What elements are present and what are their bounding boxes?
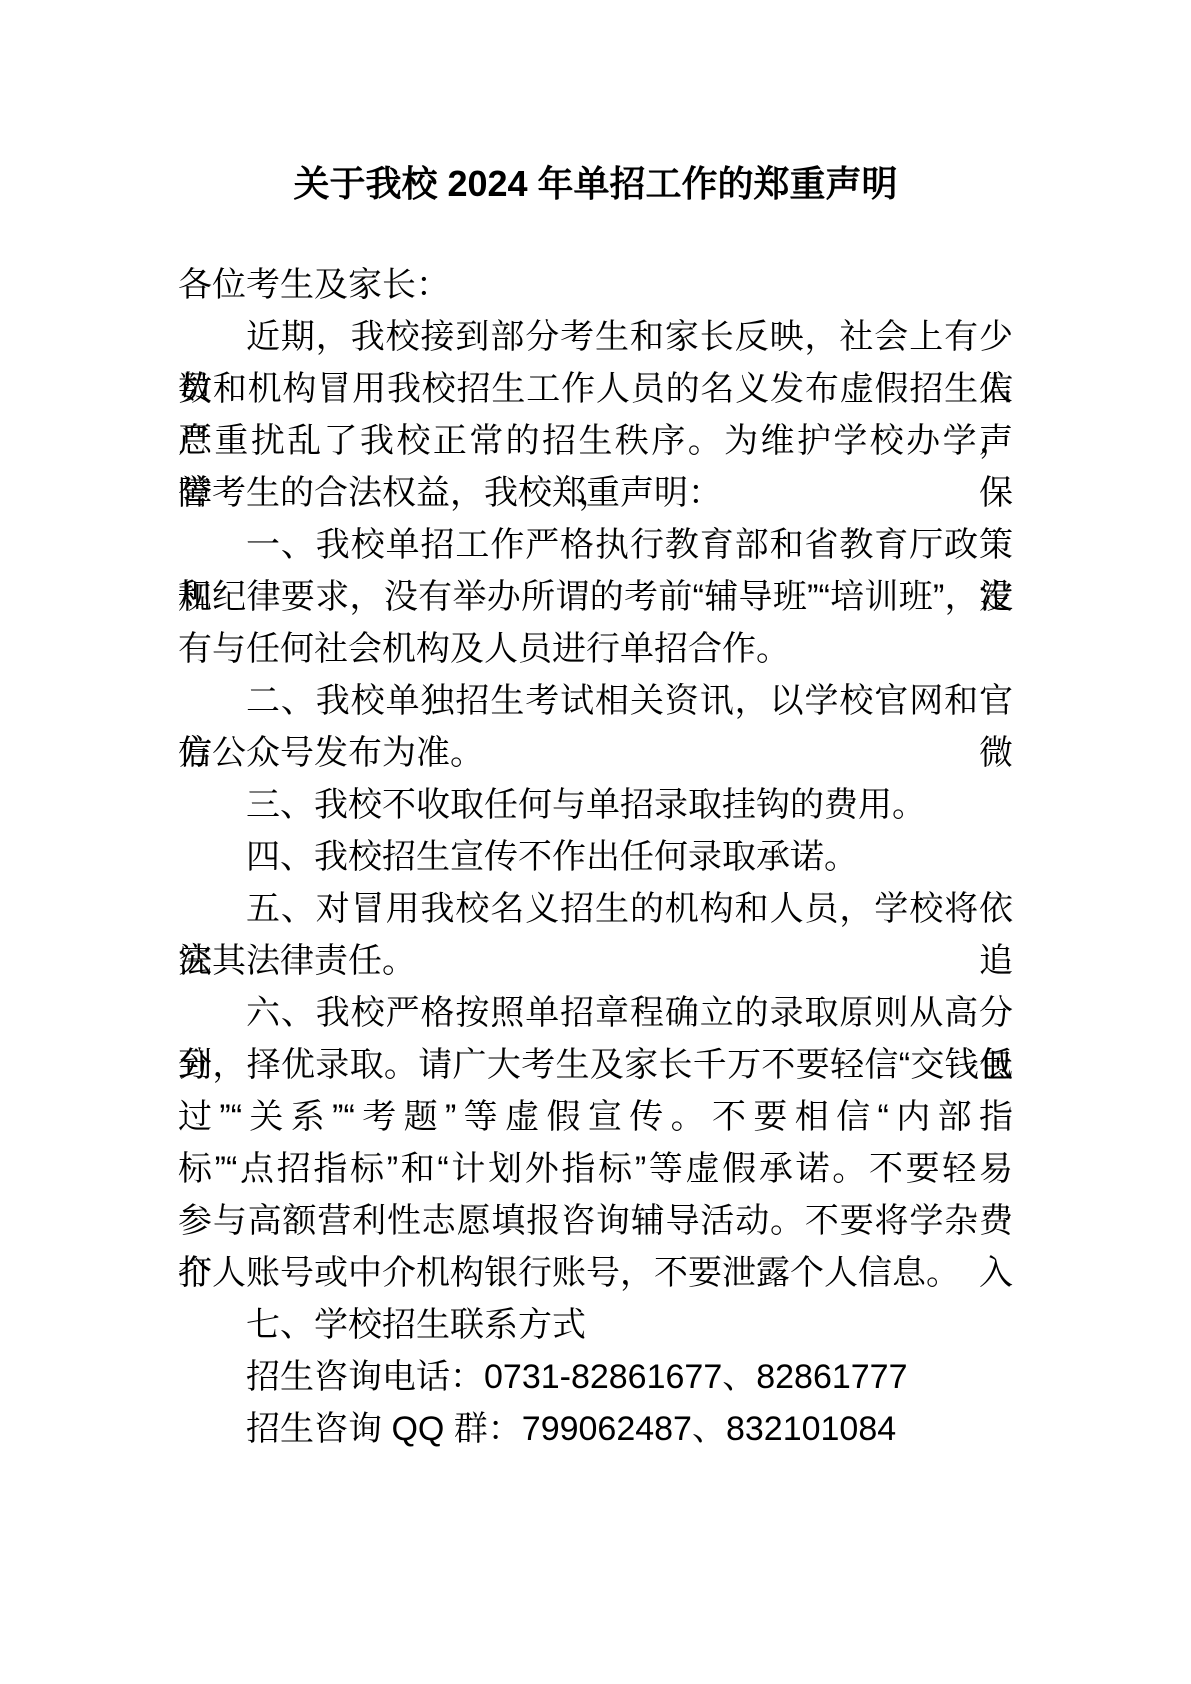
text-line: 四、我校招生宣传不作出任何录取承诺。	[178, 831, 1013, 883]
text-line: 有与任何社会机构及人员进行单招合作。	[178, 623, 1013, 675]
text-line: 和纪律要求，没有举办所谓的考前“辅导班”“培训班”，没	[178, 571, 1013, 623]
text-line: 标”“点招指标”和“计划外指标”等虚假承诺。不要轻易	[178, 1143, 1013, 1195]
text-line: 七、学校招生联系方式	[178, 1299, 1013, 1351]
document-page: 关于我校 2024 年单招工作的郑重声明 各位考生及家长： 近期，我校接到部分考…	[0, 0, 1191, 1684]
contact-phone-line: 招生咨询电话：0731-82861677、82861777	[178, 1351, 1013, 1403]
document-title: 关于我校 2024 年单招工作的郑重声明	[178, 156, 1013, 212]
text-line: 严重扰乱了我校正常的招生秩序。为维护学校办学声誉，保	[178, 415, 1013, 467]
salutation-line: 各位考生及家长：	[178, 259, 1013, 311]
text-line: 过”“关系”“考题”等虚假宣传。不要相信“内部指	[178, 1091, 1013, 1143]
text-line: 分，择优录取。请广大考生及家长千万不要轻信“交钱包	[178, 1039, 1013, 1091]
contact-qq-line: 招生咨询 QQ 群：799062487、832101084	[178, 1403, 1013, 1455]
text-line: 六、我校严格按照单招章程确立的录取原则从高分到低	[178, 987, 1013, 1039]
text-line: 员和机构冒用我校招生工作人员的名义发布虚假招生信息，	[178, 363, 1013, 415]
text-line: 个人账号或中介机构银行账号，不要泄露个人信息。	[178, 1247, 1013, 1299]
text-line: 参与高额营利性志愿填报咨询辅导活动。不要将学杂费打入	[178, 1195, 1013, 1247]
text-line: 二、我校单独招生考试相关资讯，以学校官网和官方微	[178, 675, 1013, 727]
text-line: 三、我校不收取任何与单招录取挂钩的费用。	[178, 779, 1013, 831]
text-line: 近期，我校接到部分考生和家长反映，社会上有少数人	[178, 311, 1013, 363]
text-line: 一、我校单招工作严格执行教育部和省教育厅政策规定	[178, 519, 1013, 571]
text-line: 五、对冒用我校名义招生的机构和人员，学校将依法追	[178, 883, 1013, 935]
